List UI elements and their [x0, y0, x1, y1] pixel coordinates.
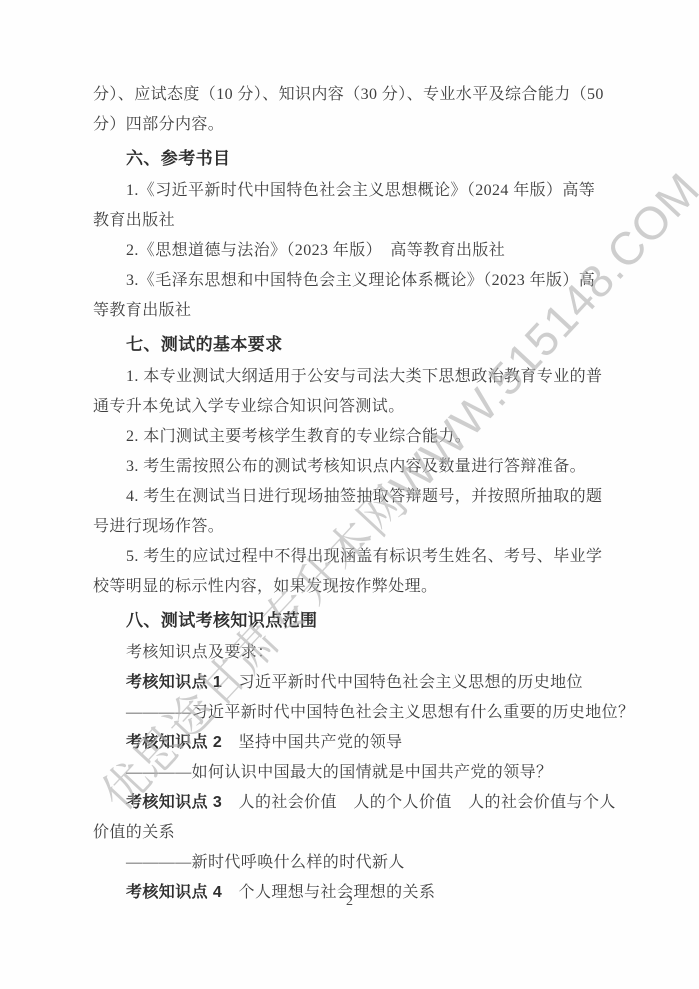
knowledge-point-text: 坚持中国共产党的领导: [222, 734, 402, 751]
text-line: 2. 本门测试主要考核学生教育的专业综合能力。: [93, 422, 607, 452]
text-line: ————如何认识中国最大的国情就是中国共产党的领导？: [93, 758, 607, 788]
knowledge-point-text: 人的社会价值 人的个人价值 人的社会价值与个人: [222, 794, 616, 811]
text-line: 3. 考生需按照公布的测试考核知识点内容及数量进行答辩准备。: [93, 452, 607, 482]
text-line: 分）、应试态度（10 分）、知识内容（30 分）、专业水平及综合能力（50: [93, 80, 607, 110]
text-line: ————新时代呼唤什么样的时代新人: [93, 848, 607, 878]
text-line: ————习近平新时代中国特色社会主义思想有什么重要的历史地位？: [93, 698, 607, 728]
text-line: 通专升本免试入学专业综合知识问答测试。: [93, 392, 607, 422]
text-line: 1.《习近平新时代中国特色社会主义思想概论》（2024 年版）高等: [93, 176, 607, 206]
page-number: 2: [0, 894, 699, 910]
section-heading: 八、测试考核知识点范围: [93, 606, 607, 636]
text-line: 1. 本专业测试大纲适用于公安与司法大类下思想政治教育专业的普: [93, 362, 607, 392]
knowledge-point-label: 考核知识点 3: [126, 794, 222, 811]
text-line: 2.《思想道德与法治》（2023 年版） 高等教育出版社: [93, 236, 607, 266]
section-heading: 六、参考书目: [93, 144, 607, 174]
knowledge-point-line: 考核知识点 1 习近平新时代中国特色社会主义思想的历史地位: [93, 668, 607, 698]
text-line: 5. 考生的应试过程中不得出现涵盖有标识考生姓名、考号、毕业学: [93, 542, 607, 572]
text-line: 考核知识点及要求：: [93, 638, 607, 668]
text-line: 校等明显的标示性内容，如果发现按作弊处理。: [93, 572, 607, 602]
text-line: 价值的关系: [93, 818, 607, 848]
text-line: 等教育出版社: [93, 296, 607, 326]
section-heading: 七、测试的基本要求: [93, 330, 607, 360]
text-line: 教育出版社: [93, 206, 607, 236]
knowledge-point-line: 考核知识点 3 人的社会价值 人的个人价值 人的社会价值与个人: [93, 788, 607, 818]
knowledge-point-text: 习近平新时代中国特色社会主义思想的历史地位: [222, 674, 583, 691]
knowledge-point-label: 考核知识点 2: [126, 734, 222, 751]
knowledge-point-label: 考核知识点 1: [126, 674, 222, 691]
text-line: 分）四部分内容。: [93, 110, 607, 140]
knowledge-point-line: 考核知识点 2 坚持中国共产党的领导: [93, 728, 607, 758]
text-line: 号进行现场作答。: [93, 512, 607, 542]
document-content: 分）、应试态度（10 分）、知识内容（30 分）、专业水平及综合能力（50分）四…: [93, 80, 607, 908]
text-line: 4. 考生在测试当日进行现场抽签抽取答辩题号，并按照所抽取的题: [93, 482, 607, 512]
text-line: 3.《毛泽东思想和中国特色会主义理论体系概论》（2023 年版）高: [93, 266, 607, 296]
document-page: 分）、应试态度（10 分）、知识内容（30 分）、专业水平及综合能力（50分）四…: [0, 0, 699, 989]
